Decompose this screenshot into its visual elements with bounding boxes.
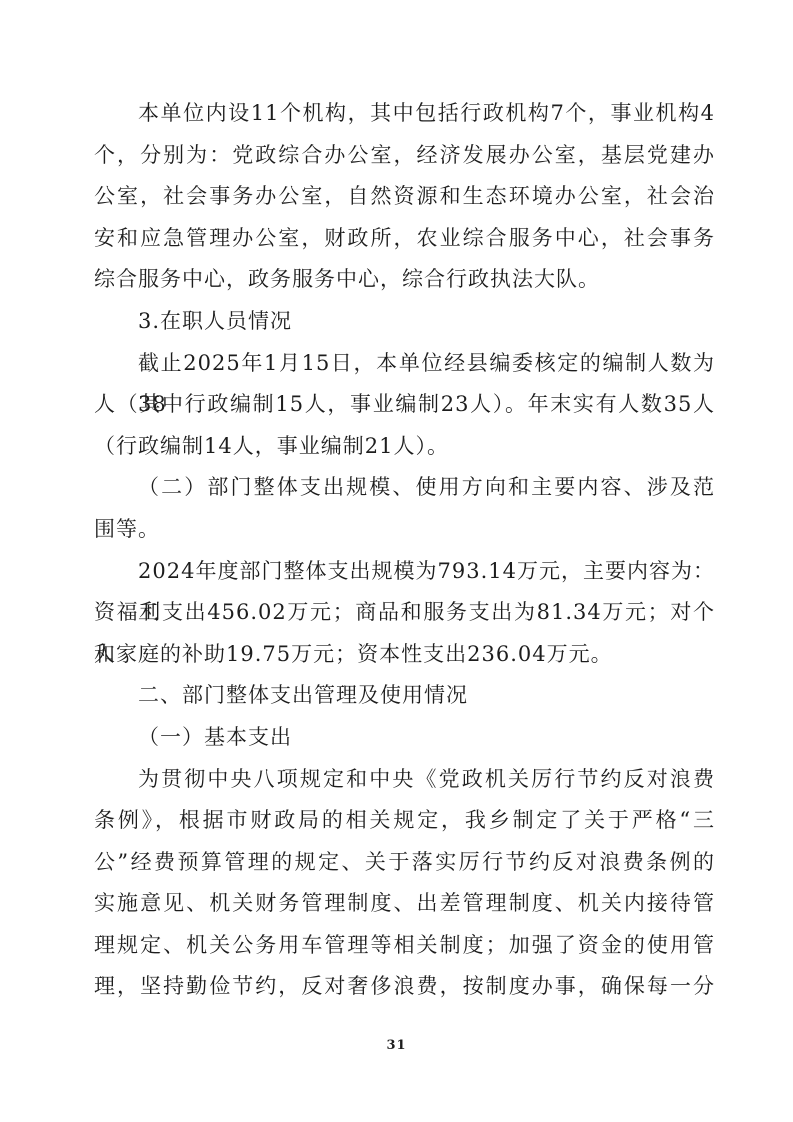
para-regulations-line: 条例》，根据市财政局的相关规定，我乡制定了关于严格“三 xyxy=(94,800,715,842)
para-staff-numbers-line: 截止2025年1月15日，本单位经县编委核定的编制人数为38 xyxy=(94,343,715,385)
para-regulations-line: 公”经费预算管理的规定、关于落实厉行节约反对浪费条例的 xyxy=(94,842,715,884)
page-number: 31 xyxy=(0,1038,793,1053)
para-expenditure-2024-line: 资福利支出456.02万元；商品和服务支出为81.34万元；对个人 xyxy=(94,592,715,634)
para-regulations-line: 实施意见、机关财务管理制度、出差管理制度、机关内接待管 xyxy=(94,883,715,925)
para-staff-numbers-line: （行政编制14人，事业编制21人）。 xyxy=(94,426,715,468)
heading-expenditure-scope-line: 围等。 xyxy=(94,509,715,551)
para-org-structure-line: 本单位内设11个机构，其中包括行政机构7个，事业机构4 xyxy=(94,93,715,135)
para-org-structure-line: 公室，社会事务办公室，自然资源和生态环境办公室，社会治 xyxy=(94,176,715,218)
para-expenditure-2024-line: 2024年度部门整体支出规模为793.14万元，主要内容为：工 xyxy=(94,551,715,593)
para-org-structure-line: 安和应急管理办公室，财政所，农业综合服务中心，社会事务 xyxy=(94,218,715,260)
para-org-structure-line: 个，分别为：党政综合办公室，经济发展办公室，基层党建办 xyxy=(94,135,715,177)
para-regulations-line: 理规定、机关公务用车管理等相关制度；加强了资金的使用管 xyxy=(94,925,715,967)
heading-basic-expenditure: （一）基本支出 xyxy=(94,717,715,759)
para-expenditure-2024-line: 和家庭的补助19.75万元；资本性支出236.04万元。 xyxy=(94,634,715,676)
document-body: 本单位内设11个机构，其中包括行政机构7个，事业机构4个，分别为：党政综合办公室… xyxy=(94,93,715,1008)
document-page: 本单位内设11个机构，其中包括行政机构7个，事业机构4个，分别为：党政综合办公室… xyxy=(0,0,793,1122)
para-regulations-line: 为贯彻中央八项规定和中央《党政机关厉行节约反对浪费 xyxy=(94,759,715,801)
para-regulations-line: 理，坚持勤俭节约，反对奢侈浪费，按制度办事，确保每一分 xyxy=(94,966,715,1008)
heading-part-two: 二、部门整体支出管理及使用情况 xyxy=(94,675,715,717)
para-staff-numbers-line: 人（其中行政编制15人，事业编制23人）。年末实有人数35人 xyxy=(94,384,715,426)
heading-expenditure-scope-line: （二）部门整体支出规模、使用方向和主要内容、涉及范 xyxy=(94,467,715,509)
para-org-structure-line: 综合服务中心，政务服务中心，综合行政执法大队。 xyxy=(94,259,715,301)
heading-staff-status: 3.在职人员情况 xyxy=(94,301,715,343)
